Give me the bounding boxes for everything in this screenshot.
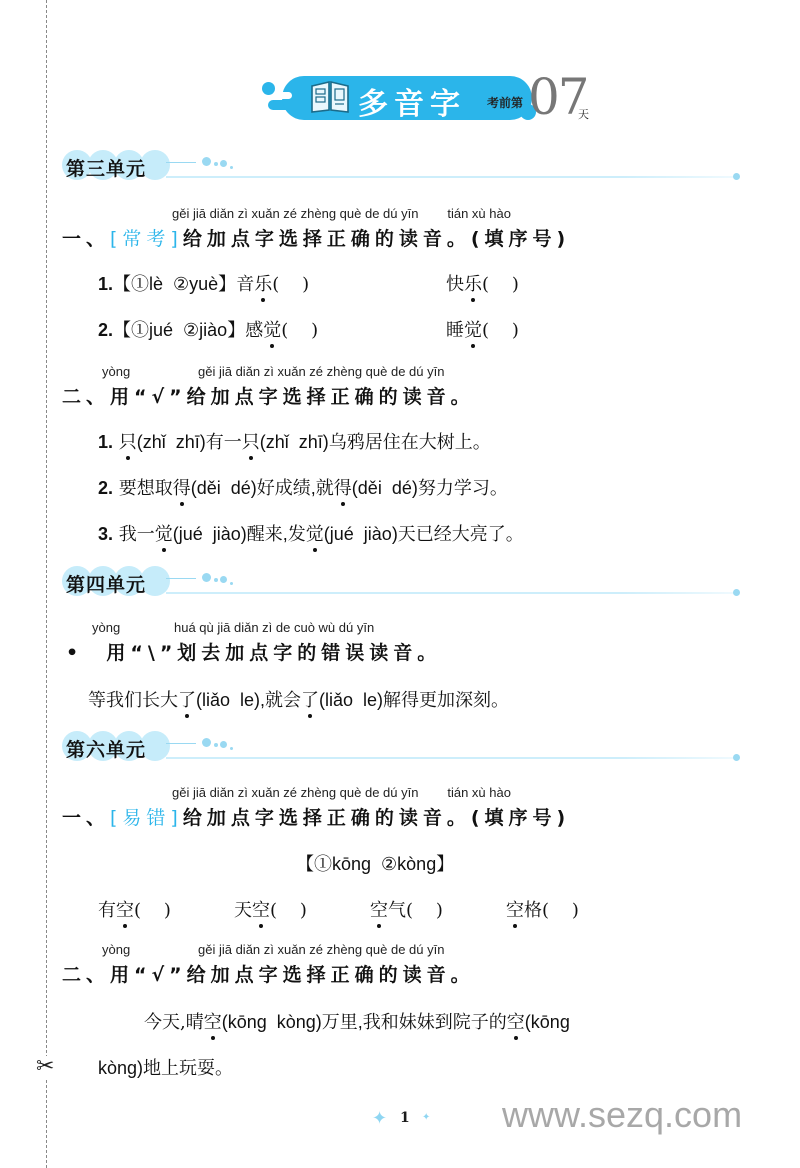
- word-item: 有空( ): [98, 896, 171, 922]
- answer-blank[interactable]: ( ): [272, 274, 309, 295]
- word-item: 天空( ): [234, 896, 307, 922]
- day-prefix: 考前第: [487, 94, 523, 111]
- pinyin-annotation: gěi jiā diǎn zì xuǎn zé zhèng què de dú …: [172, 206, 511, 221]
- page-number: 1: [400, 1110, 410, 1126]
- pinyin-annotation: gěi jiā diǎn zì xuǎn zé zhèng què de dú …: [198, 942, 444, 957]
- answer-blank[interactable]: ( ): [542, 900, 579, 921]
- pinyin-annotation: huá qù jiā diǎn zì de cuò wù dú yīn: [174, 620, 374, 635]
- answer-blank[interactable]: ( ): [406, 900, 443, 921]
- unit-header-4: 第四单元: [62, 566, 742, 600]
- answer-blank[interactable]: ( ): [281, 320, 318, 341]
- tag-error-prone: [易错]: [110, 807, 183, 829]
- answer-blank[interactable]: ( ): [270, 900, 307, 921]
- tag-frequent: [常考]: [110, 228, 183, 250]
- question-sentence-cont: kòng)地上玩耍。: [98, 1054, 233, 1080]
- question-item: 3. 我一觉(jué jiào)醒来,发觉(jué jiào)天已经大亮了。: [98, 520, 524, 546]
- pinyin-annotation: gěi jiā diǎn zì xuǎn zé zhèng què de dú …: [198, 364, 444, 379]
- unit-header-6: 第六单元: [62, 731, 742, 765]
- word-item: 空气( ): [370, 896, 443, 922]
- question-item: 1.【①lè ②yuè】音乐( ): [98, 270, 309, 296]
- pinyin-annotation: yòng: [102, 364, 130, 379]
- scissors-icon: ✂: [36, 1056, 54, 1078]
- question-item: 睡觉( ): [446, 316, 519, 342]
- banner-title: 多音字: [358, 79, 466, 123]
- word-item: 空格( ): [506, 896, 579, 922]
- answer-blank[interactable]: ( ): [134, 900, 171, 921]
- unit-label: 第三单元: [66, 154, 146, 181]
- question-sentence: 今天,晴空(kōng kòng)万里,我和妹妹到院子的空(kōng: [144, 1008, 570, 1034]
- question-item: 2.【①jué ②jiào】感觉( ): [98, 316, 318, 342]
- pinyin-annotation: yòng: [102, 942, 130, 957]
- pinyin-annotation: yòng: [92, 620, 120, 635]
- day-suffix: 天: [578, 106, 589, 122]
- book-icon: [310, 80, 350, 114]
- question-title: 一、[常考]给加点字选择正确的读音。(填序号): [62, 224, 570, 251]
- star-icon: ✦: [372, 1108, 387, 1129]
- answer-blank[interactable]: ( ): [482, 320, 519, 341]
- question-item: 1. 只(zhǐ zhī)有一只(zhǐ zhī)乌鸦居住在大树上。: [98, 428, 491, 454]
- pinyin-annotation: gěi jiā diǎn zì xuǎn zé zhèng què de dú …: [172, 785, 511, 800]
- question-item: 2. 要想取得(děi dé)好成绩,就得(děi dé)努力学习。: [98, 474, 508, 500]
- question-title: 二、用“√”给加点字选择正确的读音。: [62, 382, 475, 409]
- options-list: 【①kōng ②kòng】: [296, 850, 454, 876]
- question-title: 一、[易错]给加点字选择正确的读音。(填序号): [62, 803, 570, 830]
- question-item: 快乐( ): [446, 270, 519, 296]
- question-title: 二、用“√”给加点字选择正确的读音。: [62, 960, 475, 987]
- cut-line: [46, 0, 47, 1168]
- unit-label: 第六单元: [66, 735, 146, 762]
- unit-label: 第四单元: [66, 570, 146, 597]
- unit-header-3: 第三单元: [62, 150, 742, 184]
- banner-decoration: [262, 82, 275, 95]
- watermark: www.sezq.com: [502, 1094, 742, 1136]
- star-icon: ✦: [422, 1112, 430, 1123]
- question-sentence: 等我们长大了(liǎo le),就会了(liǎo le)解得更加深刻。: [88, 686, 509, 712]
- question-title: • 用“\”划去加点字的错误读音。: [66, 638, 441, 665]
- banner-decoration: [278, 92, 292, 99]
- answer-blank[interactable]: ( ): [482, 274, 519, 295]
